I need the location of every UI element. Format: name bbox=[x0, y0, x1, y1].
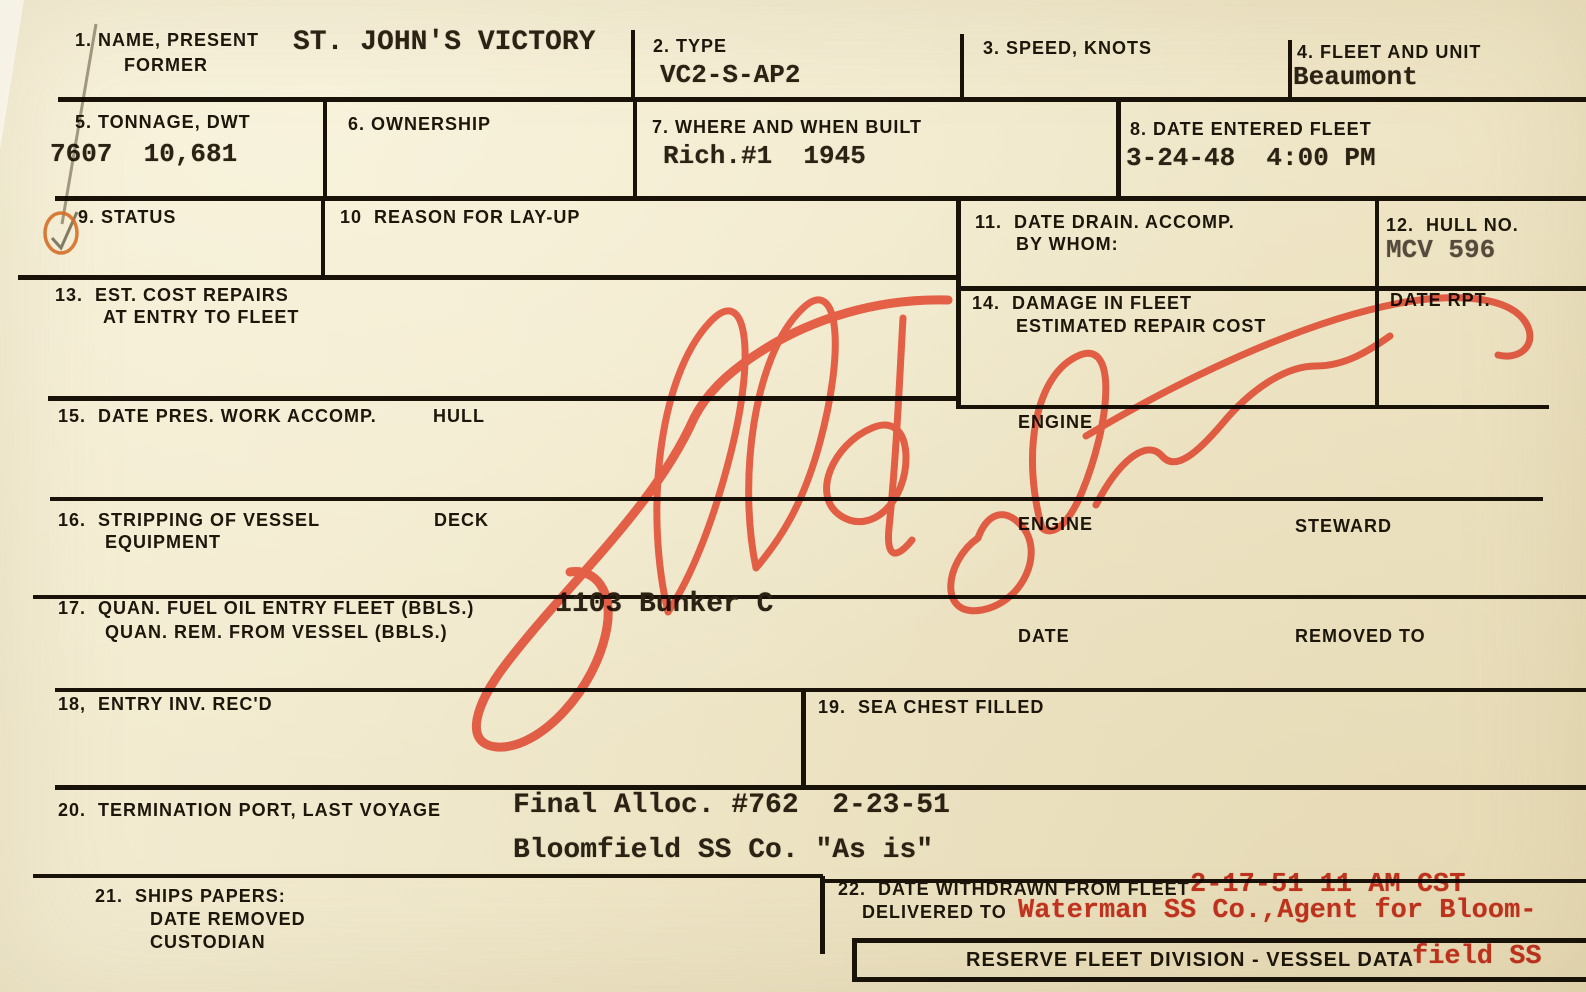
grid-line bbox=[33, 874, 823, 878]
field-fleet-unit-label: 4. FLEET AND UNIT bbox=[1297, 43, 1481, 61]
field-sea-chest-label: 19. SEA CHEST FILLED bbox=[818, 698, 1044, 716]
field-pres-work-label: 15. DATE PRES. WORK ACCOMP. bbox=[58, 407, 377, 425]
field-fuel-label2: QUAN. REM. FROM VESSEL (BBLS.) bbox=[105, 623, 448, 641]
field-ownership-label: 6. OWNERSHIP bbox=[348, 115, 491, 133]
grid-line bbox=[820, 876, 825, 954]
field-stripping-engine-label: ENGINE bbox=[1018, 515, 1093, 533]
grid-line bbox=[48, 396, 958, 401]
grid-line bbox=[58, 97, 1586, 102]
field-ships-papers-label3: CUSTODIAN bbox=[150, 933, 266, 951]
reserve-fleet-banner: RESERVE FLEET DIVISION - VESSEL DATA bbox=[852, 938, 1586, 982]
field-hull-no-label: 12. HULL NO. bbox=[1386, 216, 1519, 234]
field-entry-inv-label: 18, ENTRY INV. REC'D bbox=[58, 695, 273, 713]
grid-line bbox=[1375, 199, 1379, 409]
grid-line bbox=[18, 275, 958, 280]
fuel-oil-value: 1103 Bunker C bbox=[555, 591, 773, 619]
field-drain-bywhom-label: BY WHOM: bbox=[1016, 235, 1119, 253]
grid-line bbox=[323, 100, 327, 199]
grid-line bbox=[801, 690, 806, 787]
grid-line bbox=[50, 497, 1543, 501]
field-ships-papers-label2: DATE REMOVED bbox=[150, 910, 306, 928]
hull-no-value: MCV 596 bbox=[1386, 237, 1495, 263]
field-status-label: 9. STATUS bbox=[78, 208, 176, 226]
field-name-label: 1. NAME, PRESENT bbox=[75, 31, 259, 49]
field-stripping-label: 16. STRIPPING OF VESSEL bbox=[58, 511, 320, 529]
field-fuel-label: 17. QUAN. FUEL OIL ENTRY FLEET (BBLS.) bbox=[58, 599, 474, 617]
grid-line bbox=[956, 199, 961, 409]
field-fuel-removed-to-label: REMOVED TO bbox=[1295, 627, 1426, 645]
grid-line bbox=[960, 34, 964, 100]
field-stripping-label2: EQUIPMENT bbox=[105, 533, 221, 551]
grid-line bbox=[633, 100, 637, 199]
vessel-name-value: ST. JOHN'S VICTORY bbox=[293, 29, 595, 57]
grid-line bbox=[1116, 100, 1121, 199]
field-layup-label: 10 REASON FOR LAY-UP bbox=[340, 208, 580, 226]
field-pres-work-engine-label: ENGINE bbox=[1018, 413, 1093, 431]
vessel-data-card: 1. NAME, PRESENT FORMER 2. TYPE 3. SPEED… bbox=[0, 0, 1586, 992]
entered-fleet-value: 3-24-48 4:00 PM bbox=[1126, 145, 1376, 171]
grid-line bbox=[55, 688, 1586, 692]
delivered-to-value: Waterman SS Co.,Agent for Bloom- bbox=[1018, 898, 1536, 925]
withdrawn-date-value: 2-17-51 11 AM CST bbox=[1190, 872, 1465, 899]
field-stripping-deck-label: DECK bbox=[434, 511, 489, 529]
grid-line bbox=[956, 405, 1549, 409]
field-tonnage-label: 5. TONNAGE, DWT bbox=[75, 113, 251, 131]
tonnage-value: 7607 10,681 bbox=[50, 141, 237, 167]
field-entered-fleet-label: 8. DATE ENTERED FLEET bbox=[1130, 120, 1372, 138]
field-drain-label: 11. DATE DRAIN. ACCOMP. bbox=[975, 213, 1235, 231]
grid-line bbox=[631, 30, 635, 100]
grid-line bbox=[1288, 40, 1292, 100]
built-value: Rich.#1 1945 bbox=[663, 143, 866, 169]
field-ships-papers-label: 21. SHIPS PAPERS: bbox=[95, 887, 286, 905]
field-built-label: 7. WHERE AND WHEN BUILT bbox=[652, 118, 922, 136]
field-damage-label: 14. DAMAGE IN FLEET bbox=[972, 294, 1192, 312]
field-type-label: 2. TYPE bbox=[653, 37, 727, 55]
scan-corner-cut bbox=[0, 0, 24, 150]
field-damage-label2: ESTIMATED REPAIR COST bbox=[1016, 317, 1266, 335]
grid-line bbox=[956, 286, 1586, 291]
termination-value-1: Final Alloc. #762 2-23-51 bbox=[513, 792, 950, 820]
termination-value-2: Bloomfield SS Co. "As is" bbox=[513, 837, 933, 865]
field-pres-work-hull-label: HULL bbox=[433, 407, 485, 425]
field-est-cost-label: 13. EST. COST REPAIRS bbox=[55, 286, 289, 304]
grid-line bbox=[321, 199, 325, 278]
field-delivered-to-label: DELIVERED TO bbox=[862, 903, 1007, 921]
field-speed-label: 3. SPEED, KNOTS bbox=[983, 39, 1152, 57]
banner-title: RESERVE FLEET DIVISION - VESSEL DATA bbox=[966, 950, 1414, 970]
field-est-cost-label2: AT ENTRY TO FLEET bbox=[103, 308, 299, 326]
field-stripping-steward-label: STEWARD bbox=[1295, 517, 1392, 535]
fleet-unit-value: Beaumont bbox=[1293, 64, 1418, 90]
grid-line bbox=[55, 196, 1586, 201]
field-date-rpt-label: DATE RPT. bbox=[1390, 291, 1491, 309]
field-name-former-label: FORMER bbox=[124, 56, 208, 74]
field-fuel-date-label: DATE bbox=[1018, 627, 1070, 645]
vessel-type-value: VC2-S-AP2 bbox=[660, 62, 800, 88]
field-termination-label: 20. TERMINATION PORT, LAST VOYAGE bbox=[58, 801, 441, 819]
